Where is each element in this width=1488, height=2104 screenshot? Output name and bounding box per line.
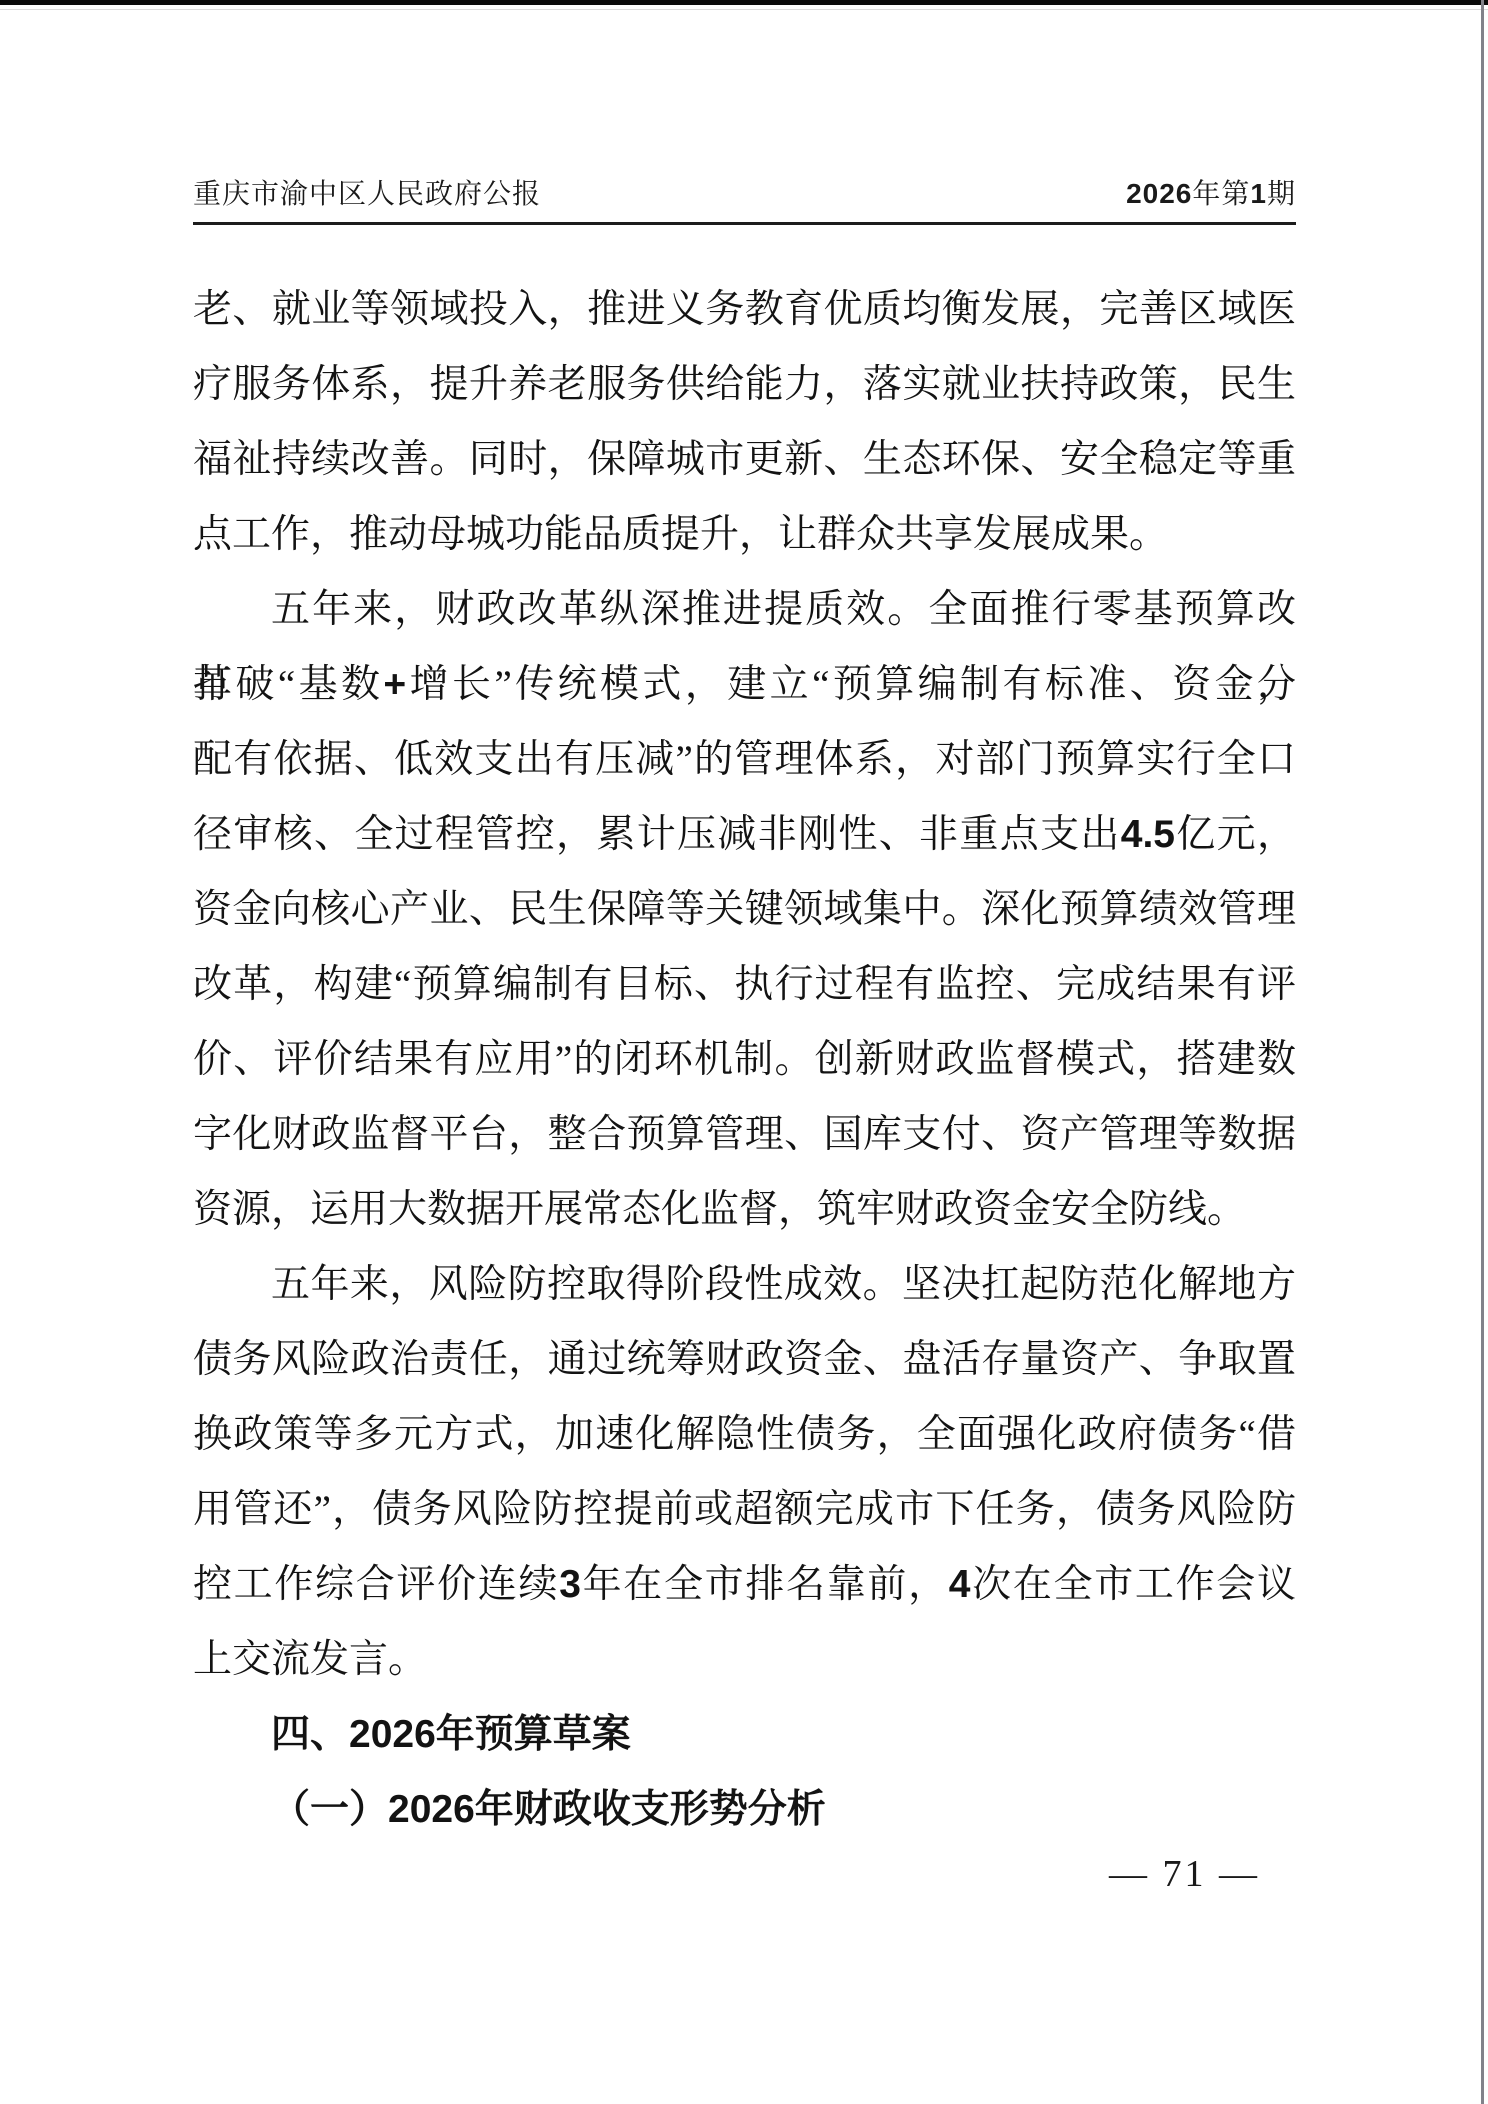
body-line: 用管还”，债务风险防控提前或超额完成市下任务，债务风险防 xyxy=(193,1472,1296,1547)
body-line: 改革，构建“预算编制有目标、执行过程有监控、完成结果有评 xyxy=(193,947,1296,1022)
body-line: 债务风险政治责任，通过统筹财政资金、盘活存量资产、争取置 xyxy=(193,1322,1296,1397)
body-line: 径审核、全过程管控，累计压减非刚性、非重点支出4.5亿元， xyxy=(193,797,1296,872)
header-rule xyxy=(193,222,1296,225)
page-number: — 71 — xyxy=(1109,1852,1260,1896)
body-line: 上交流发言。 xyxy=(193,1622,1296,1697)
gazette-title: 重庆市渝中区人民政府公报 xyxy=(193,172,541,212)
body-line: 控工作综合评价连续3年在全市排名靠前，4次在全市工作会议 xyxy=(193,1547,1296,1622)
body-line: 五年来，财政改革纵深推进提质效。全面推行零基预算改革， xyxy=(193,572,1296,647)
body-line: 疗服务体系，提升养老服务供给能力，落实就业扶持政策，民生 xyxy=(193,347,1296,422)
body-line: 五年来，风险防控取得阶段性成效。坚决扛起防范化解地方 xyxy=(193,1247,1296,1322)
body-line: 福祉持续改善。同时，保障城市更新、生态环保、安全稳定等重 xyxy=(193,422,1296,497)
scan-right-edge-line xyxy=(1481,0,1484,2104)
body-line: 字化财政监督平台，整合预算管理、国库支付、资产管理等数据 xyxy=(193,1097,1296,1172)
issue-number: 2026年第1期 xyxy=(1126,172,1296,212)
body-heading-line: 四、2026年预算草案 xyxy=(193,1697,1296,1772)
body-line: 打破“基数+增长”传统模式，建立“预算编制有标准、资金分 xyxy=(193,647,1296,722)
scan-top-edge-bar xyxy=(0,0,1488,5)
body-line: 配有依据、低效支出有压减”的管理体系，对部门预算实行全口 xyxy=(193,722,1296,797)
scan-top-hairline xyxy=(0,9,1488,10)
page-header: 重庆市渝中区人民政府公报 2026年第1期 xyxy=(193,172,1296,212)
body-text: 老、就业等领域投入，推进义务教育优质均衡发展，完善区域医疗服务体系，提升养老服务… xyxy=(193,272,1296,1847)
body-heading-line: （一）2026年财政收支形势分析 xyxy=(193,1772,1296,1847)
body-line: 老、就业等领域投入，推进义务教育优质均衡发展，完善区域医 xyxy=(193,272,1296,347)
body-line: 价、评价结果有应用”的闭环机制。创新财政监督模式，搭建数 xyxy=(193,1022,1296,1097)
gazette-page: 重庆市渝中区人民政府公报 2026年第1期 老、就业等领域投入，推进义务教育优质… xyxy=(0,0,1488,2104)
body-line: 点工作，推动母城功能品质提升，让群众共享发展成果。 xyxy=(193,497,1296,572)
body-line: 换政策等多元方式，加速化解隐性债务，全面强化政府债务“借 xyxy=(193,1397,1296,1472)
body-line: 资源，运用大数据开展常态化监督，筑牢财政资金安全防线。 xyxy=(193,1172,1296,1247)
body-line: 资金向核心产业、民生保障等关键领域集中。深化预算绩效管理 xyxy=(193,872,1296,947)
